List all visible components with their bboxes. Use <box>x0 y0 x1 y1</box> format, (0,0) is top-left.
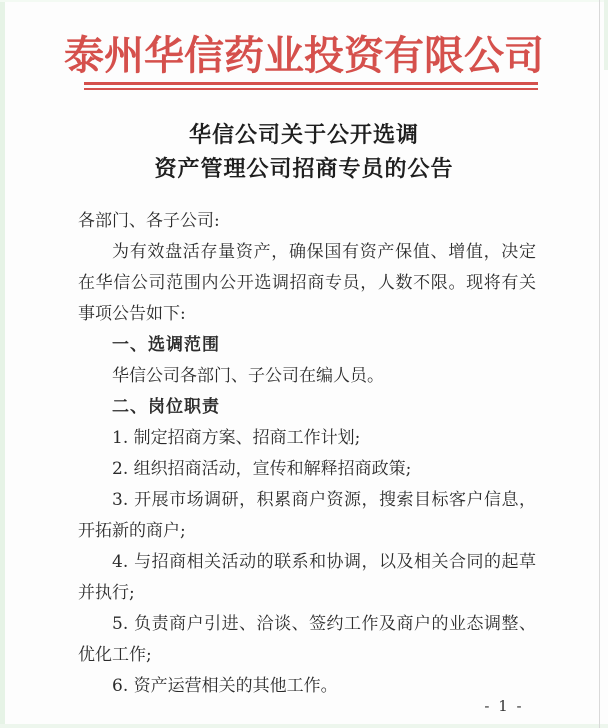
body-paragraph: 华信公司各部门、子公司在编人员。 <box>78 361 536 392</box>
page-number: - 1 - <box>469 697 539 715</box>
scan-edge-bottom <box>0 724 608 728</box>
rule-bottom-line <box>84 88 538 90</box>
company-letterhead: 泰州华信药业投资有限公司 <box>0 24 608 81</box>
body-item: 4. 与招商相关活动的联系和协调，以及相关合同的起草并执行; <box>78 547 536 609</box>
body-heading: 二、岗位职责 <box>78 392 536 423</box>
scanned-document-page: 泰州华信药业投资有限公司 华信公司关于公开选调 资产管理公司招商专员的公告 各部… <box>0 0 608 728</box>
letterhead-double-rule <box>84 82 538 90</box>
scan-edge-left <box>0 0 5 728</box>
body-item: 5. 负责商户引进、洽谈、签约工作及商户的业态调整、优化工作; <box>78 609 536 671</box>
body-heading: 一、选调范围 <box>78 330 536 361</box>
body-item: 6. 资产运营相关的其他工作。 <box>78 671 536 702</box>
body-paragraph: 为有效盘活存量资产，确保国有资产保值、增值，决定在华信公司范围内公开选调招商专员… <box>78 237 536 330</box>
document-title-line2: 资产管理公司招商专员的公告 <box>0 152 608 186</box>
scan-edge-top <box>0 0 608 2</box>
scan-edge-right-line <box>599 0 600 728</box>
body-item: 1. 制定招商方案、招商工作计划; <box>78 423 536 454</box>
document-title: 华信公司关于公开选调 资产管理公司招商专员的公告 <box>0 118 608 186</box>
document-title-line1: 华信公司关于公开选调 <box>0 118 608 152</box>
body-salutation: 各部门、各子公司: <box>78 206 536 237</box>
body-item: 3. 开展市场调研，积累商户资源，搜索目标客户信息，开拓新的商户; <box>78 485 536 547</box>
body-item: 2. 组织招商活动，宣传和解释招商政策; <box>78 454 536 485</box>
document-body: 各部门、各子公司:为有效盘活存量资产，确保国有资产保值、增值，决定在华信公司范围… <box>78 206 536 702</box>
